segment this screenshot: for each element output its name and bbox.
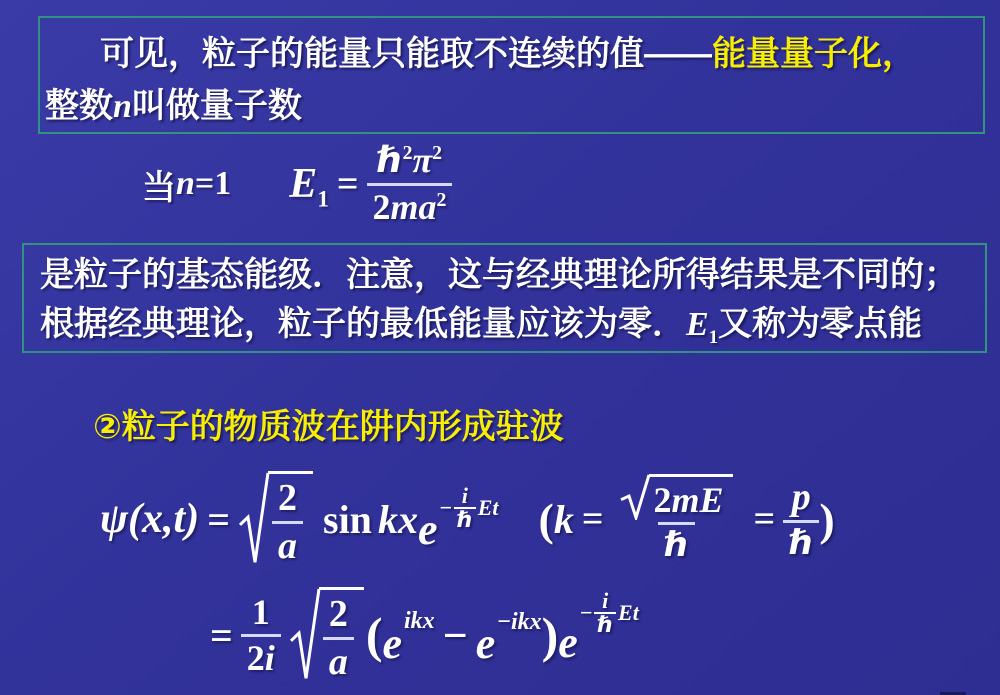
note-line-2: 整数n叫做量子数 <box>45 85 302 129</box>
n-equals-one: =1 <box>195 165 231 203</box>
phase-exponent: − iℏ Et <box>580 589 639 637</box>
note-line-2-pre: 整数 <box>45 87 113 125</box>
equals-sign: = <box>582 497 604 541</box>
E1-symbol: E1 <box>289 160 329 208</box>
hbar-denominator: ℏ <box>658 522 694 564</box>
psi-lhs: ψ(x,t) <box>100 495 199 543</box>
exp-minus: − <box>497 609 511 635</box>
ikx-part: ikx <box>511 609 542 635</box>
zero-point-line-2: 根据经典理论，粒子的最低能量应该为零．E1又称为零点能 <box>40 303 922 347</box>
euler-e: e <box>558 617 578 668</box>
phase-exponent: − iℏ Et <box>439 484 498 532</box>
i-numerator: i <box>602 589 608 612</box>
zero-point-line-2-pre: 根据经典理论，粒子的最低能量应该为零． <box>40 305 686 343</box>
p-over-hbar-fraction: p ℏ <box>783 477 819 562</box>
two-over-a-fraction: 2 a <box>323 594 354 683</box>
lecture-slide: 可见，粒子的能量只能取不连续的值——能量量子化， 整数n叫做量子数 当 n =1… <box>0 0 1000 695</box>
radical-sign-icon <box>238 471 270 567</box>
zero-point-line-2-post: 又称为零点能 <box>718 305 922 343</box>
sin-function: sin <box>323 496 372 543</box>
numerator-1: 1 <box>246 593 276 634</box>
hbar-symbol: ℏ <box>377 140 403 181</box>
ground-energy-fraction: ℏ2π2 2ma2 <box>367 141 453 227</box>
i-over-hbar: iℏ <box>454 484 476 532</box>
denominator-a: a <box>272 521 303 567</box>
E1-reference: E1 <box>686 306 718 343</box>
note-line-1-text: 可见，粒子的能量只能取不连续的值—— <box>100 35 712 73</box>
open-paren: ( <box>538 493 553 546</box>
close-paren: ) <box>819 493 834 546</box>
den-variables: ma <box>391 187 437 227</box>
den-coefficient: 2 <box>373 187 391 227</box>
E-letter: E <box>686 306 709 343</box>
standing-wave-heading: ②粒子的物质波在阱内形成驻波 <box>93 406 564 449</box>
exp-minus: − <box>580 600 593 626</box>
zero-point-line-1: 是粒子的基态能级．注意，这与经典理论所得结果是不同的； <box>40 254 958 297</box>
i-over-hbar: iℏ <box>594 589 616 637</box>
hbar-denominator: ℏ <box>783 520 819 562</box>
coef-2: 2 <box>653 481 671 520</box>
sqrt-2-over-a: 2 a <box>238 471 313 567</box>
radical-sign-icon <box>619 474 651 520</box>
den-exponent: 2 <box>437 189 447 211</box>
note-line-2-post: 叫做量子数 <box>132 87 302 125</box>
exp-minus: − <box>439 495 452 521</box>
denominator-2i: 2i <box>241 634 281 678</box>
E1-subscript: 1 <box>317 185 329 211</box>
minus-sign: − <box>443 610 468 661</box>
equals-sign: = <box>753 497 775 541</box>
numerator-2: 2 <box>272 478 303 521</box>
exponential-decomposition-row: = 1 2i 2 a ( e ikx − e −ikx ) e <box>210 578 639 692</box>
fraction-numerator: ℏ2π2 <box>371 141 448 183</box>
pi-symbol: π <box>412 140 432 180</box>
fraction-denominator: 2ma2 <box>367 183 453 227</box>
euler-e: e <box>418 504 438 555</box>
note-line-1: 可见，粒子的能量只能取不连续的值——能量量子化， <box>100 33 916 76</box>
time-phase-factor: e − iℏ Et <box>558 603 639 668</box>
Et-term: Et <box>618 600 639 626</box>
k-definition-fraction: 2mE ℏ <box>611 474 741 564</box>
E-letter: E <box>289 161 317 207</box>
sqrt-2-over-a: 2 a <box>289 587 364 683</box>
kx-argument: kx <box>378 496 418 543</box>
hbar-exponent: 2 <box>403 142 413 164</box>
radical-sign-icon <box>289 587 321 683</box>
denominator-a: a <box>323 637 354 683</box>
k-variable: k <box>554 496 574 543</box>
ground-state-energy-row: 当 n =1 E1 = ℏ2π2 2ma2 <box>142 133 452 235</box>
minus-ikx-exponent: −ikx <box>497 608 541 636</box>
Et-term: Et <box>478 495 499 521</box>
radicand: 2 a <box>319 587 364 683</box>
hbar-denominator: ℏ <box>594 612 616 637</box>
sqrt-2mE-numerator: 2mE <box>611 474 741 522</box>
hbar-denominator: ℏ <box>454 507 476 532</box>
numerator-2: 2 <box>323 594 354 637</box>
n-variable: n <box>176 165 195 203</box>
close-paren: ) <box>542 606 559 664</box>
when-label: 当 <box>142 160 176 209</box>
open-paren: ( <box>366 606 383 664</box>
euler-e: e <box>382 618 402 669</box>
equals-sign: = <box>207 496 230 543</box>
two-over-a-fraction: 2 a <box>272 478 303 567</box>
p-numerator: p <box>786 477 817 520</box>
radicand: 2 a <box>268 471 313 567</box>
radicand: 2mE <box>649 474 733 520</box>
ikx-exponent: ikx <box>404 608 435 635</box>
equals-sign: = <box>210 612 233 659</box>
coef-2: 2 <box>247 638 265 678</box>
equals-sign: = <box>337 162 359 206</box>
sqrt-2mE: 2mE <box>619 474 733 520</box>
i-variable: i <box>265 638 275 678</box>
i-numerator: i <box>462 484 468 507</box>
time-phase-factor: e − iℏ Et <box>418 484 499 555</box>
wavefunction-formula-row: ψ(x,t) = 2 a sin kx e − iℏ Et ( k = <box>100 456 835 582</box>
euler-e: e <box>476 618 496 669</box>
pi-exponent: 2 <box>432 142 442 164</box>
positive-exponential: e ikx <box>382 602 434 669</box>
one-over-2i-fraction: 1 2i <box>241 593 281 678</box>
negative-exponential: e −ikx <box>476 602 542 669</box>
quantization-highlight: 能量量子化， <box>712 35 916 73</box>
E1-ref-subscript: 1 <box>709 327 718 348</box>
mE-variables: mE <box>671 481 723 520</box>
quantum-number-variable: n <box>113 88 132 125</box>
